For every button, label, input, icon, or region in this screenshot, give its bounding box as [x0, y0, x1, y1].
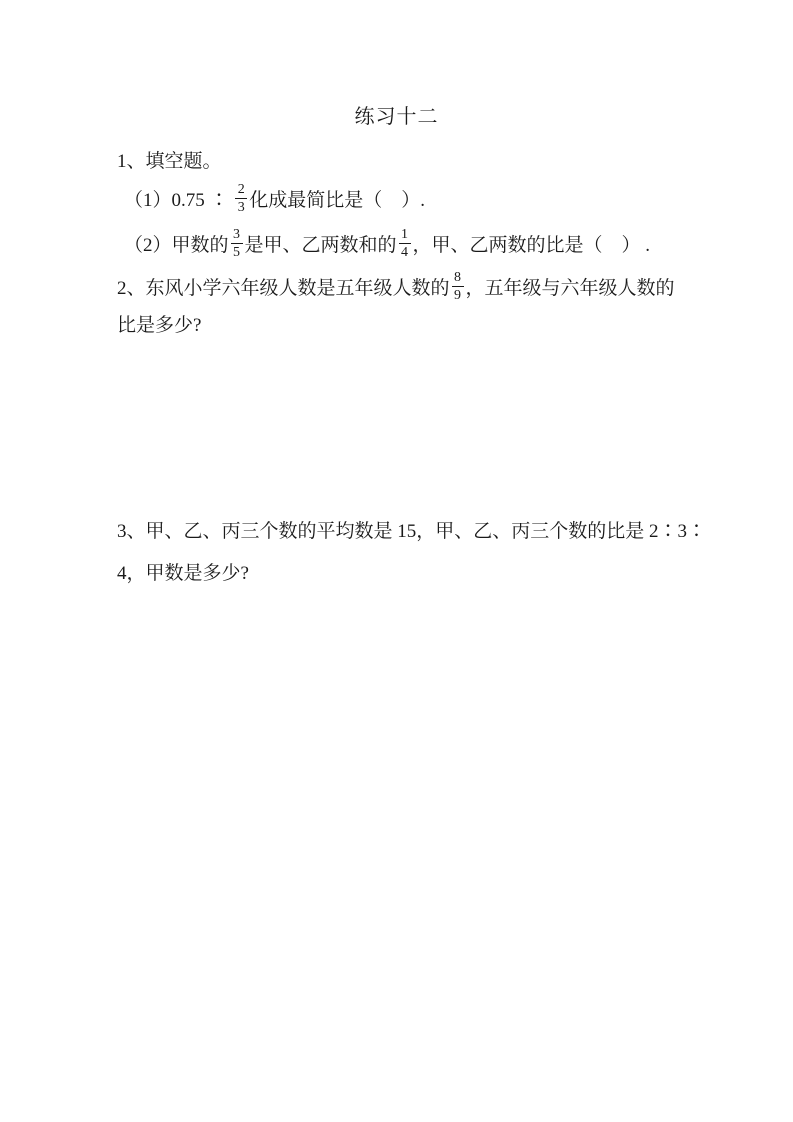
- fraction-numerator: 1: [400, 227, 409, 242]
- q2-text-post: ，五年级与六年级人数的: [466, 273, 675, 300]
- fraction-numerator: 2: [237, 182, 246, 197]
- q3-line-1: 3、甲、乙、丙三个数的平均数是 15，甲、乙、丙三个数的比是 2∶3∶: [117, 519, 706, 544]
- q1-item2-text-mid: 是甲、乙两数和的: [245, 230, 397, 257]
- q3-line-2: 4，甲数是多少?: [117, 561, 249, 586]
- fraction-denominator: 5: [232, 245, 241, 260]
- fraction-bar: [231, 243, 243, 244]
- fraction-eight-ninths: 8 9: [452, 270, 464, 303]
- fraction-denominator: 4: [400, 245, 409, 260]
- fraction-three-fifths: 3 5: [231, 227, 243, 260]
- q1-item-2: （2）甲数的 3 5 是甲、乙两数和的 1 4 ，甲、乙两数的比是（ ） .: [124, 221, 650, 265]
- worksheet-page: 练习十二 1、填空题。 （1）0.75 ∶ 2 3 化成最简比是（ ）. （2）…: [0, 0, 793, 1122]
- q1-item-1: （1）0.75 ∶ 2 3 化成最简比是（ ）.: [124, 176, 425, 220]
- fraction-one-fourth: 1 4: [399, 227, 411, 260]
- fraction-bar: [452, 286, 464, 287]
- fraction-denominator: 3: [237, 200, 246, 215]
- worksheet-title: 练习十二: [0, 104, 793, 130]
- fraction-bar: [235, 198, 247, 199]
- fraction-numerator: 8: [453, 270, 462, 285]
- q2-line-2: 比是多少?: [117, 313, 201, 338]
- q2-line-1: 2、东风小学六年级人数是五年级人数的 8 9 ，五年级与六年级人数的: [117, 264, 675, 308]
- fraction-two-thirds: 2 3: [235, 182, 247, 215]
- q1-item1-text-pre: （1）0.75 ∶: [124, 185, 233, 212]
- q1-heading: 1、填空题。: [117, 149, 222, 174]
- fraction-denominator: 9: [453, 288, 462, 303]
- q1-item1-text-post: 化成最简比是（ ）.: [249, 185, 425, 212]
- q2-text-pre: 2、东风小学六年级人数是五年级人数的: [117, 273, 450, 300]
- q1-item2-text-pre: （2）甲数的: [124, 230, 229, 257]
- fraction-numerator: 3: [232, 227, 241, 242]
- q1-item2-text-post: ，甲、乙两数的比是（ ） .: [413, 230, 651, 257]
- fraction-bar: [399, 243, 411, 244]
